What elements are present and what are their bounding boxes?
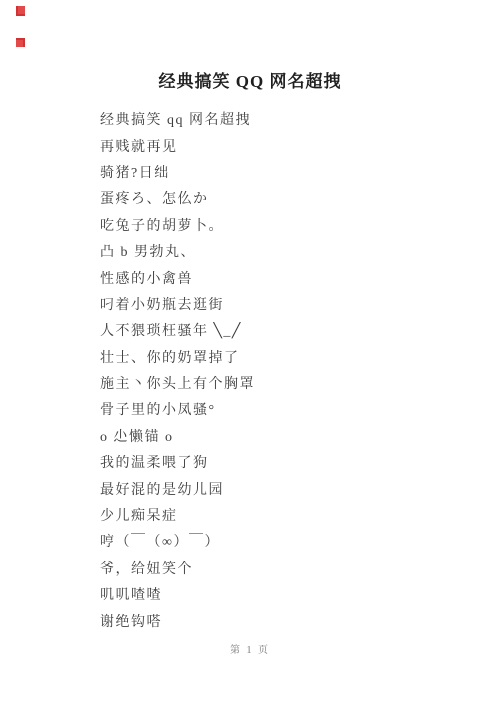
list-line: 我的温柔喂了狗 bbox=[100, 449, 440, 475]
nickname-list: 经典搞笑 qq 网名超拽 再贱就再见 骑猪?日绌 蛋疼ろ、怎仫か 吃兔子的胡萝卜… bbox=[100, 106, 440, 634]
list-line: 少儿痴呆症 bbox=[100, 502, 440, 528]
list-line: 叽叽喳喳 bbox=[100, 581, 440, 607]
red-stamp-icon bbox=[16, 6, 25, 16]
list-line: 再贱就再见 bbox=[100, 132, 440, 158]
list-line: 凸 b 男勃丸、 bbox=[100, 238, 440, 264]
document-page: 经典搞笑 QQ 网名超拽 经典搞笑 qq 网名超拽 再贱就再见 骑猪?日绌 蛋疼… bbox=[0, 0, 500, 708]
list-line: 爷，给妞笑个 bbox=[100, 555, 440, 581]
list-line: 最好混的是幼儿园 bbox=[100, 475, 440, 501]
list-line: 壮士、你的奶罩掉了 bbox=[100, 344, 440, 370]
page-title: 经典搞笑 QQ 网名超拽 bbox=[0, 67, 500, 92]
list-line: 人不猥琐枉骚年 ╲_╱ bbox=[100, 317, 440, 343]
list-line: 谢绝钩嗒 bbox=[100, 607, 440, 633]
list-line: 吃兔子的胡萝卜。 bbox=[100, 212, 440, 238]
red-stamp-icon bbox=[16, 38, 25, 47]
page-number: 第 1 页 bbox=[0, 641, 500, 656]
list-line: 哼（￣（∞）￣） bbox=[100, 528, 440, 554]
list-line: o 尐懒锚 o bbox=[100, 423, 440, 449]
list-line: 骨子里的小凤骚° bbox=[100, 396, 440, 422]
list-line: 经典搞笑 qq 网名超拽 bbox=[100, 106, 440, 132]
list-line: 性感的小禽兽 bbox=[100, 264, 440, 290]
list-line: 施主丶你头上有个胸罩 bbox=[100, 370, 440, 396]
list-line: 叼着小奶瓶去逛街 bbox=[100, 291, 440, 317]
list-line: 骑猪?日绌 bbox=[100, 159, 440, 185]
list-line: 蛋疼ろ、怎仫か bbox=[100, 185, 440, 211]
